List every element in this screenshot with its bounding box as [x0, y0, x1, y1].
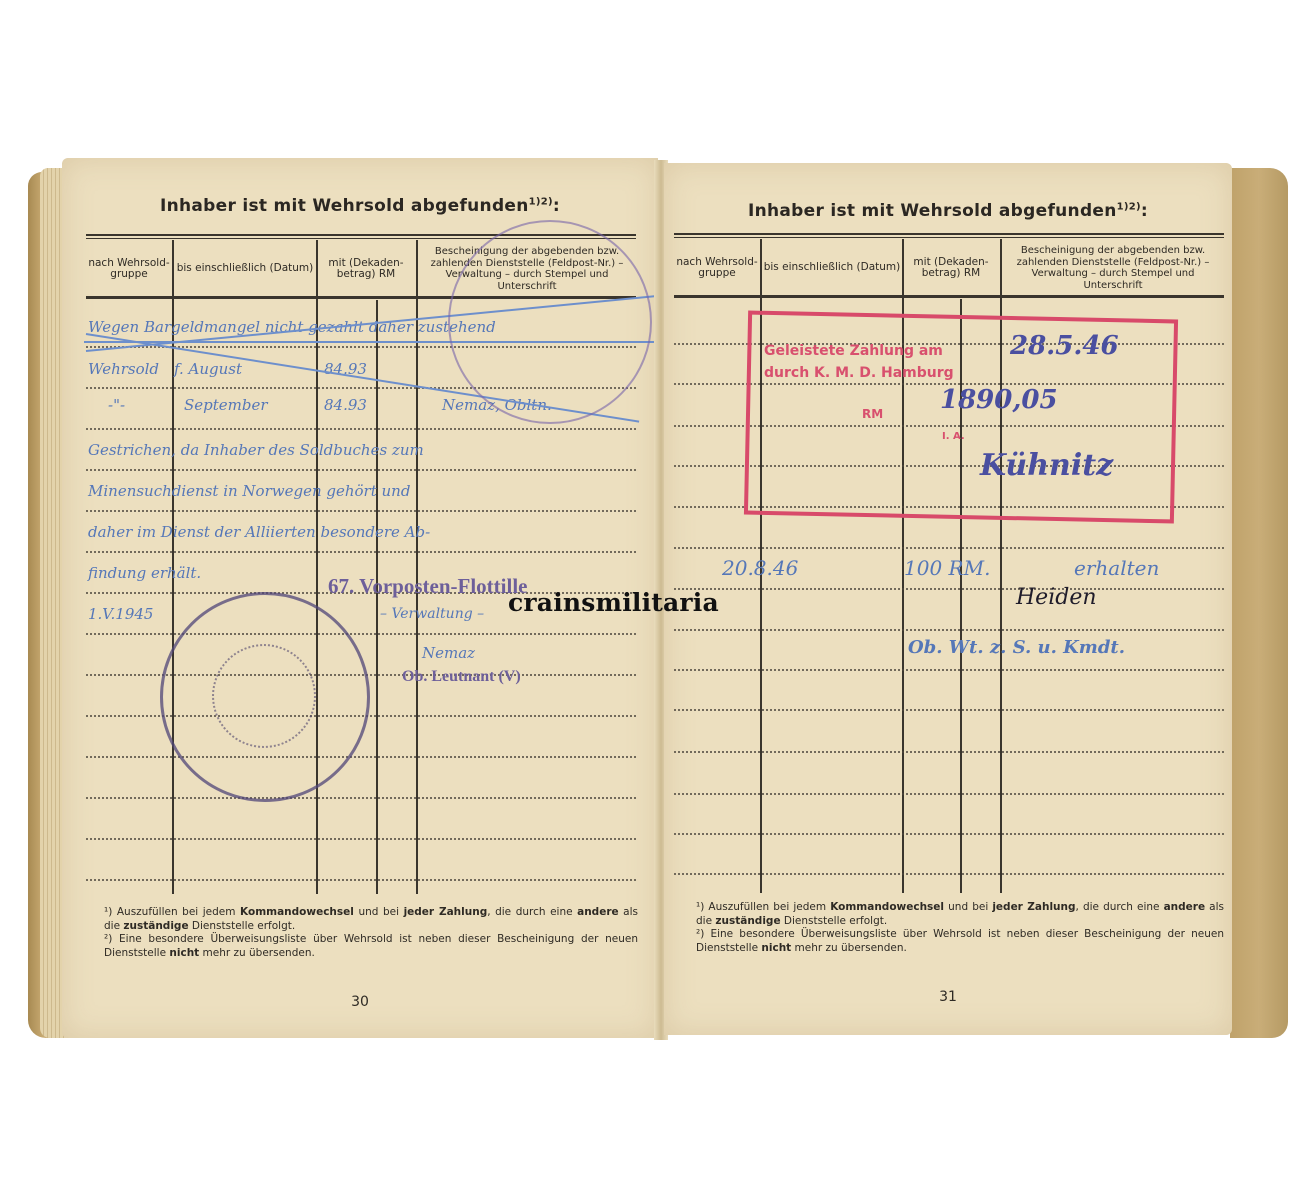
footnotes: ¹) Auszufüllen bei jedem Kommandowechsel… — [90, 906, 638, 960]
row-line — [674, 588, 1224, 590]
row-line — [86, 469, 636, 471]
row-line — [86, 756, 636, 758]
footnote-text: , die durch eine — [1076, 901, 1164, 913]
row-line — [674, 793, 1224, 795]
footnote-2: ²) Eine besondere Überweisungsliste über… — [682, 928, 1224, 955]
handwritten-entry-text: erhalten — [1074, 556, 1159, 580]
footnote-text: ¹) Auszufüllen bei jedem — [104, 906, 240, 918]
footnote-text: und bei — [944, 901, 992, 913]
footnote-bold: jeder Zahlung — [404, 906, 488, 918]
page-title: Inhaber ist mit Wehrsold abgefunden1)2): — [62, 196, 658, 216]
handwritten-ditto: -"- — [108, 396, 125, 414]
handwritten-month-september: September — [184, 396, 268, 414]
row-line — [86, 797, 636, 799]
footnote-text: Dienststelle erfolgt. — [189, 920, 296, 932]
watermark: crainsmilitaria — [508, 588, 719, 617]
column-header-date: bis einschließlich (Datum) — [174, 242, 316, 296]
title-colon: : — [1141, 201, 1148, 221]
page-title: Inhaber ist mit Wehrsold abgefunden1)2): — [664, 201, 1232, 221]
footnote-text: mehr zu übersenden. — [791, 942, 907, 954]
footnote-text: und bei — [354, 906, 404, 918]
payment-stamp-ia: I. A. — [942, 431, 965, 442]
handwritten-month-august: f. August — [174, 360, 242, 378]
unit-stamp: 67. Vorposten-Flottille — [328, 574, 528, 599]
footnote-bold: andere — [1164, 901, 1206, 913]
footnote-bold: zuständige — [715, 915, 780, 927]
row-line — [674, 629, 1224, 631]
handwritten-entry-date: 20.8.46 — [722, 556, 798, 580]
handwritten-signature-2: Nemaz — [422, 644, 475, 662]
handwritten-amount-september: 84.93 — [324, 396, 367, 414]
page-31: Inhaber ist mit Wehrsold abgefunden1)2):… — [664, 163, 1232, 1035]
handwritten-entry-signature: Heiden — [1016, 585, 1097, 610]
page-number: 30 — [62, 994, 658, 1010]
footnote-bold: nicht — [169, 947, 199, 959]
footnote-bold: Kommandowechsel — [240, 906, 354, 918]
row-line — [674, 751, 1224, 753]
footnote-bold: nicht — [761, 942, 791, 954]
footnote-bold: jeder Zahlung — [992, 901, 1075, 913]
row-line — [86, 510, 636, 512]
column-divider — [416, 240, 418, 894]
title-colon: : — [553, 196, 560, 216]
column-header-certification: Bescheinigung der abgebenden bzw. zahlen… — [1002, 241, 1224, 295]
column-header-pay-group: nach Wehrsold-gruppe — [86, 242, 172, 296]
column-divider — [316, 240, 318, 894]
column-divider — [316, 240, 318, 296]
handwritten-entry-title: Ob. Wt. z. S. u. Kmdt. — [908, 637, 1125, 658]
footnote-1: ¹) Auszufüllen bei jedem Kommandowechsel… — [90, 906, 638, 933]
row-line — [674, 547, 1224, 549]
footnote-bold: andere — [577, 906, 619, 918]
footnote-bold: Kommandowechsel — [830, 901, 944, 913]
column-header-pay-group: nach Wehrsold-gruppe — [674, 241, 760, 295]
title-footnote-ref: 1)2) — [529, 196, 553, 207]
payment-stamp-line-1: Geleistete Zahlung am — [764, 343, 943, 359]
row-line — [86, 838, 636, 840]
row-line — [86, 633, 636, 635]
eagle-emblem-icon — [212, 644, 316, 748]
rank-stamp: Ob. Leutnant (V) — [402, 668, 521, 686]
handwritten-line-5: Minensuchdienst in Norwegen gehört und — [88, 482, 410, 500]
table-rule — [674, 237, 1224, 238]
handwritten-line-7: findung erhält. — [88, 564, 201, 582]
handwritten-entry-amount: 100 RM. — [904, 556, 990, 580]
column-header-amount: mit (Dekaden-betrag) RM — [904, 241, 998, 295]
handwritten-payment-amount: 1890,05 — [940, 385, 1058, 415]
row-line — [86, 879, 636, 881]
handwritten-payment-signature: Kühnitz — [980, 448, 1113, 483]
row-line — [674, 833, 1224, 835]
table-header-rule — [674, 295, 1224, 298]
footnotes: ¹) Auszufüllen bei jedem Kommandowechsel… — [682, 901, 1224, 955]
footnote-text: ¹) Auszufüllen bei jedem — [696, 901, 830, 913]
handwritten-line-6: daher im Dienst der Alliierten besondere… — [88, 523, 430, 541]
row-line — [86, 428, 636, 430]
footnote-text: Dienststelle erfolgt. — [781, 915, 888, 927]
book-cover-right — [1230, 168, 1288, 1038]
footnote-2: ²) Eine besondere Überweisungsliste über… — [90, 933, 638, 960]
payment-stamp-rm-label: RM — [862, 407, 883, 421]
round-seal-stamp-violet — [448, 220, 652, 424]
handwritten-date: 1.V.1945 — [88, 605, 153, 623]
footnote-bold: zuständige — [123, 920, 188, 932]
payment-stamp-line-2: durch K. M. D. Hamburg — [764, 365, 954, 381]
title-footnote-ref: 1)2) — [1117, 201, 1141, 212]
footnote-text: mehr zu übersenden. — [199, 947, 315, 959]
footnote-text: , die durch eine — [487, 906, 577, 918]
handwritten-verwaltung: – Verwaltung – — [380, 606, 484, 622]
handwritten-line-1: Wegen Bargeldmangel nicht gezahlt daher … — [88, 318, 496, 336]
page-number: 31 — [664, 989, 1232, 1005]
row-line — [674, 709, 1224, 711]
title-text: Inhaber ist mit Wehrsold abgefunden — [160, 196, 529, 216]
handwritten-line-4: Gestrichen, da Inhaber des Soldbuches zu… — [88, 441, 424, 459]
handwritten-payment-date: 28.5.46 — [1010, 331, 1119, 361]
row-line — [86, 551, 636, 553]
row-line — [674, 873, 1224, 875]
column-header-amount: mit (Dekaden-betrag) RM — [318, 242, 414, 296]
handwritten-wehrsold: Wehrsold — [88, 360, 159, 378]
column-header-date: bis einschließlich (Datum) — [762, 241, 902, 295]
table-rule — [674, 233, 1224, 235]
row-line — [674, 669, 1224, 671]
footnote-1: ¹) Auszufüllen bei jedem Kommandowechsel… — [682, 901, 1224, 928]
title-text: Inhaber ist mit Wehrsold abgefunden — [748, 201, 1117, 221]
